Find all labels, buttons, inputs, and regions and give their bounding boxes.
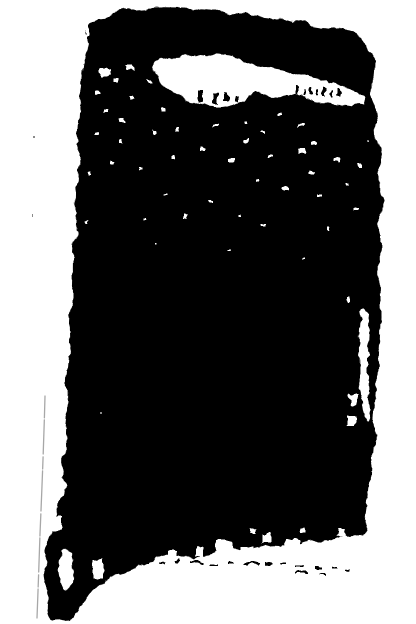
artwork-canvas <box>0 0 416 624</box>
ink-painting <box>0 0 416 624</box>
